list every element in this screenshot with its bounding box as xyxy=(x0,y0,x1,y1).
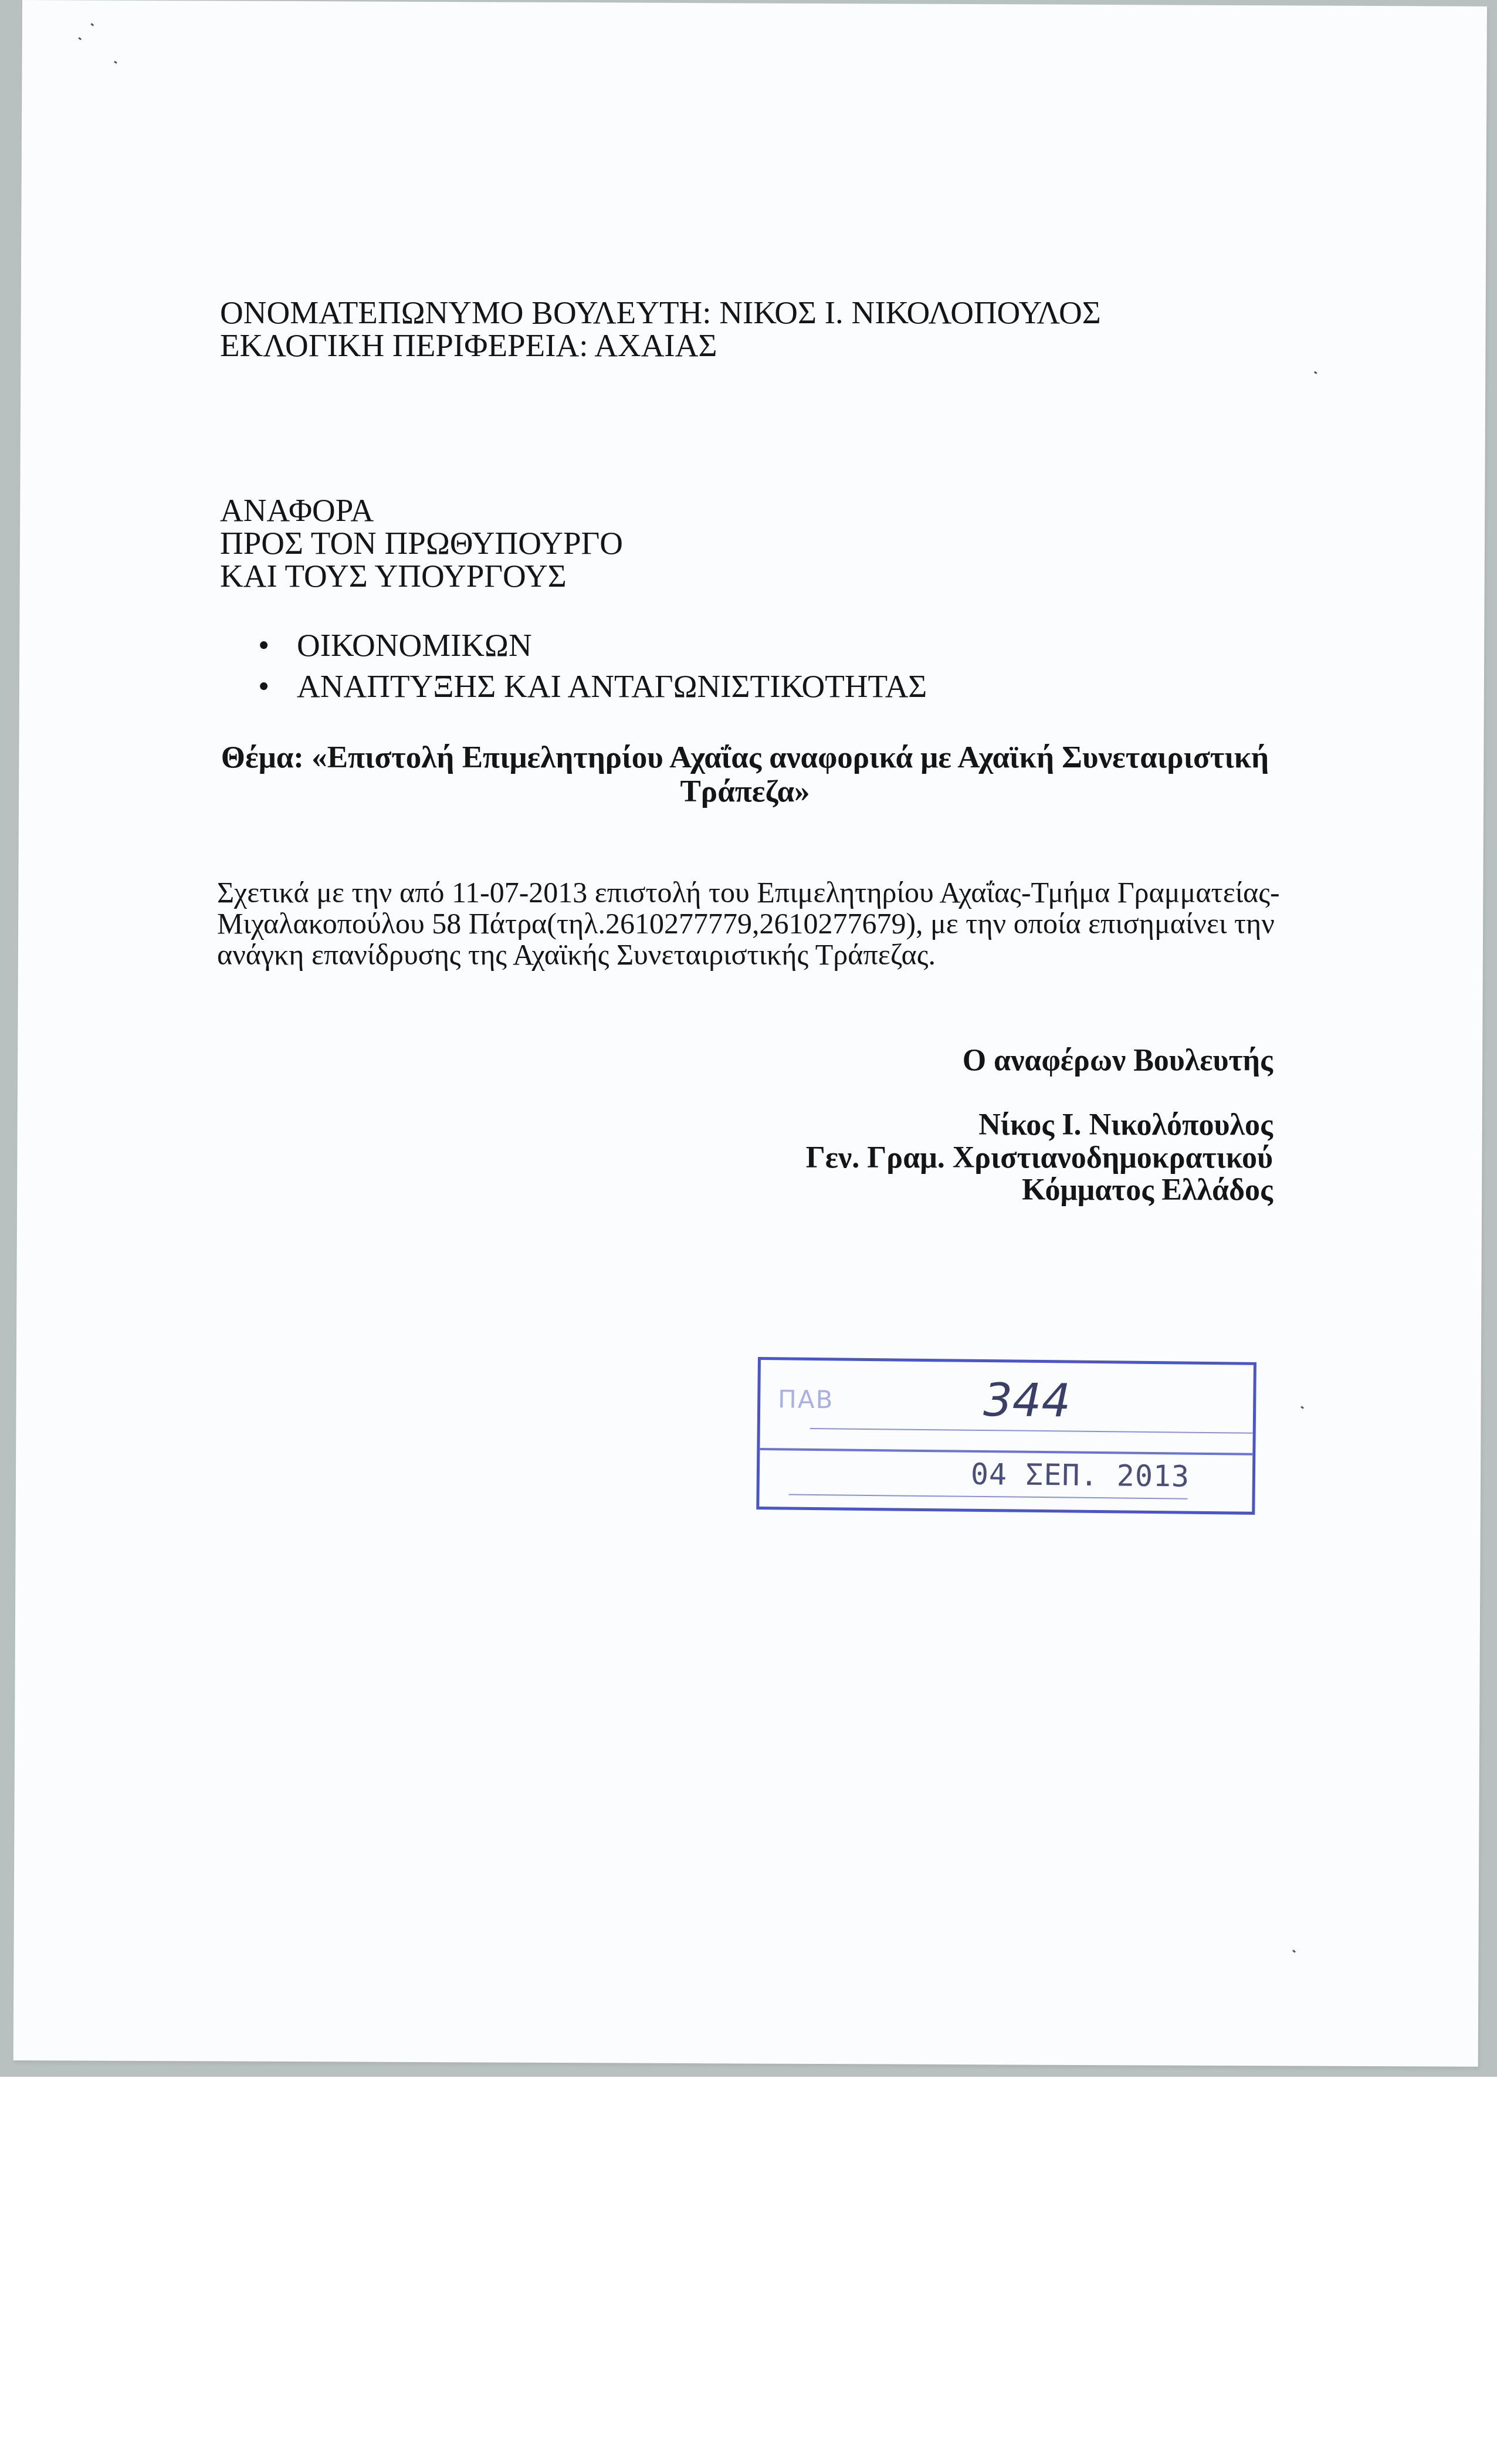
scan-speck xyxy=(1292,1949,1296,1952)
stamp-rule xyxy=(789,1494,1188,1500)
ministry-name: ΑΝΑΠΤΥΞΗΣ ΚΑΙ ΑΝΤΑΓΩΝΙΣΤΙΚΟΤΗΤΑΣ xyxy=(297,668,927,704)
bullet-icon: • xyxy=(258,670,297,702)
body-line: ανάγκη επανίδρυσης της Αχαϊκής Συνεταιρι… xyxy=(217,939,1279,970)
subject-line-1: Θέμα: «Επιστολή Επιμελητηρίου Αχαΐας ανα… xyxy=(211,740,1279,774)
addressee-pm: ΠΡΟΣ ΤΟΝ ΠΡΩΘΥΠΟΥΡΓΟ xyxy=(220,527,623,559)
body-line: Σχετικά με την από 11-07-2013 επιστολή τ… xyxy=(217,877,1279,908)
signature-title-2: Κόμματος Ελλάδος xyxy=(1022,1175,1273,1206)
body-line: Μιχαλακοπούλου 58 Πάτρα(τηλ.2610277779,2… xyxy=(217,908,1279,939)
scan-speck xyxy=(78,37,82,40)
stamp-divider xyxy=(760,1448,1252,1456)
subject-line: Θέμα: «Επιστολή Επιμελητηρίου Αχαΐας ανα… xyxy=(211,740,1279,808)
signature-role: Ο αναφέρων Βουλευτής xyxy=(963,1045,1273,1076)
constituency-line: ΕΚΛΟΓΙΚΗ ΠΕΡΙΦΕΡΕΙΑ: ΑΧΑΙΑΣ xyxy=(220,329,717,361)
scan-speck xyxy=(90,23,94,26)
scan-speck xyxy=(114,61,117,64)
stamp-date: 04 ΣΕΠ. 2013 xyxy=(971,1457,1190,1494)
addressee-ministers: ΚΑΙ ΤΟΥΣ ΥΠΟΥΡΓΟΥΣ xyxy=(220,560,567,592)
body-paragraph: Σχετικά με την από 11-07-2013 επιστολή τ… xyxy=(217,877,1279,970)
signature-name: Νίκος Ι. Νικολόπουλος xyxy=(978,1110,1273,1140)
signature-title-1: Γεν. Γραμ. Χριστιανοδημοκρατικού xyxy=(806,1143,1273,1173)
scan-speck xyxy=(1314,371,1318,374)
stamp-office-label: ΠΑΒ xyxy=(778,1385,834,1414)
registration-stamp: ΠΑΒ 344 04 ΣΕΠ. 2013 xyxy=(756,1357,1256,1515)
subject-line-2: Τράπεζα» xyxy=(211,774,1279,808)
bullet-icon: • xyxy=(258,629,297,661)
scan-speck xyxy=(1300,1406,1304,1409)
stamp-rule xyxy=(810,1428,1253,1434)
mp-name-line: ΟΝΟΜΑΤΕΠΩΝΥΜΟ ΒΟΥΛΕΥΤΗ: ΝΙΚΟΣ Ι. ΝΙΚΟΛΟΠ… xyxy=(220,296,1101,329)
ministry-list-item: •ΟΙΚΟΝΟΜΙΚΩΝ xyxy=(258,629,532,661)
stamp-registration-number: 344 xyxy=(983,1374,1071,1428)
ministry-list-item: •ΑΝΑΠΤΥΞΗΣ ΚΑΙ ΑΝΤΑΓΩΝΙΣΤΙΚΟΤΗΤΑΣ xyxy=(258,670,927,702)
ministry-name: ΟΙΚΟΝΟΜΙΚΩΝ xyxy=(297,627,532,663)
report-label: ΑΝΑΦΟΡΑ xyxy=(220,494,374,526)
